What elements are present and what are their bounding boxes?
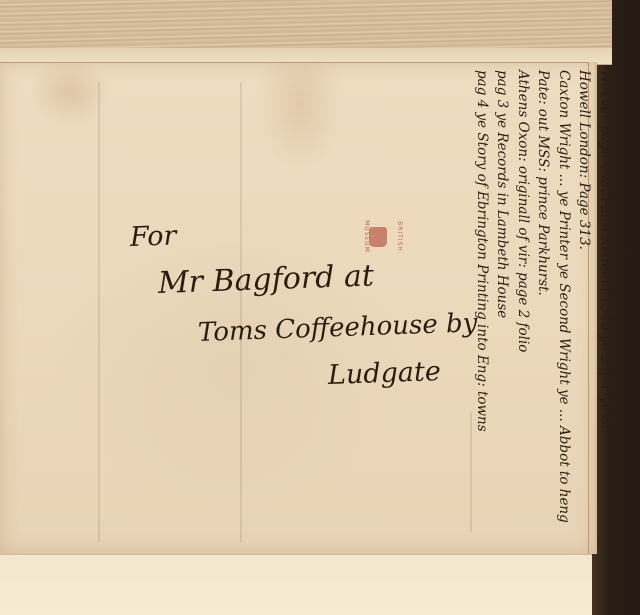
stamp-text-right: BRITISH	[396, 221, 403, 252]
crown-icon	[369, 227, 387, 247]
note-line: Pate: out MSS: prince Parkhurst.	[533, 70, 554, 550]
manuscript-photo: MUSEUM BRITISH For Mr Bagford at Toms Co…	[0, 0, 640, 615]
note-line: Weever page 498. Faith Redeem 1540 ye 2 …	[595, 70, 616, 550]
note-line: Howell London: Page 313.	[574, 70, 595, 550]
address-line-street: Ludgate	[327, 356, 441, 391]
stamp-text-left: MUSEUM	[363, 220, 370, 253]
lower-page-fold	[0, 554, 592, 615]
note-line: pag 3 ye Records in Lambeth House	[492, 70, 513, 550]
address-line-for: For	[129, 220, 176, 253]
marginal-notes: Weever page 498. Faith Redeem 1540 ye 2 …	[472, 70, 616, 550]
note-line: pag 4 ye Story of Ebrington Printing int…	[472, 70, 493, 550]
note-line: Caxton Wright ... ye Printer ye Second W…	[554, 70, 575, 550]
bleed-through-line	[98, 82, 100, 542]
bleed-through-line	[240, 82, 242, 542]
museum-stamp: MUSEUM BRITISH	[356, 215, 400, 261]
note-line: Athens Oxon: originall of vir: page 2 fo…	[513, 70, 534, 550]
